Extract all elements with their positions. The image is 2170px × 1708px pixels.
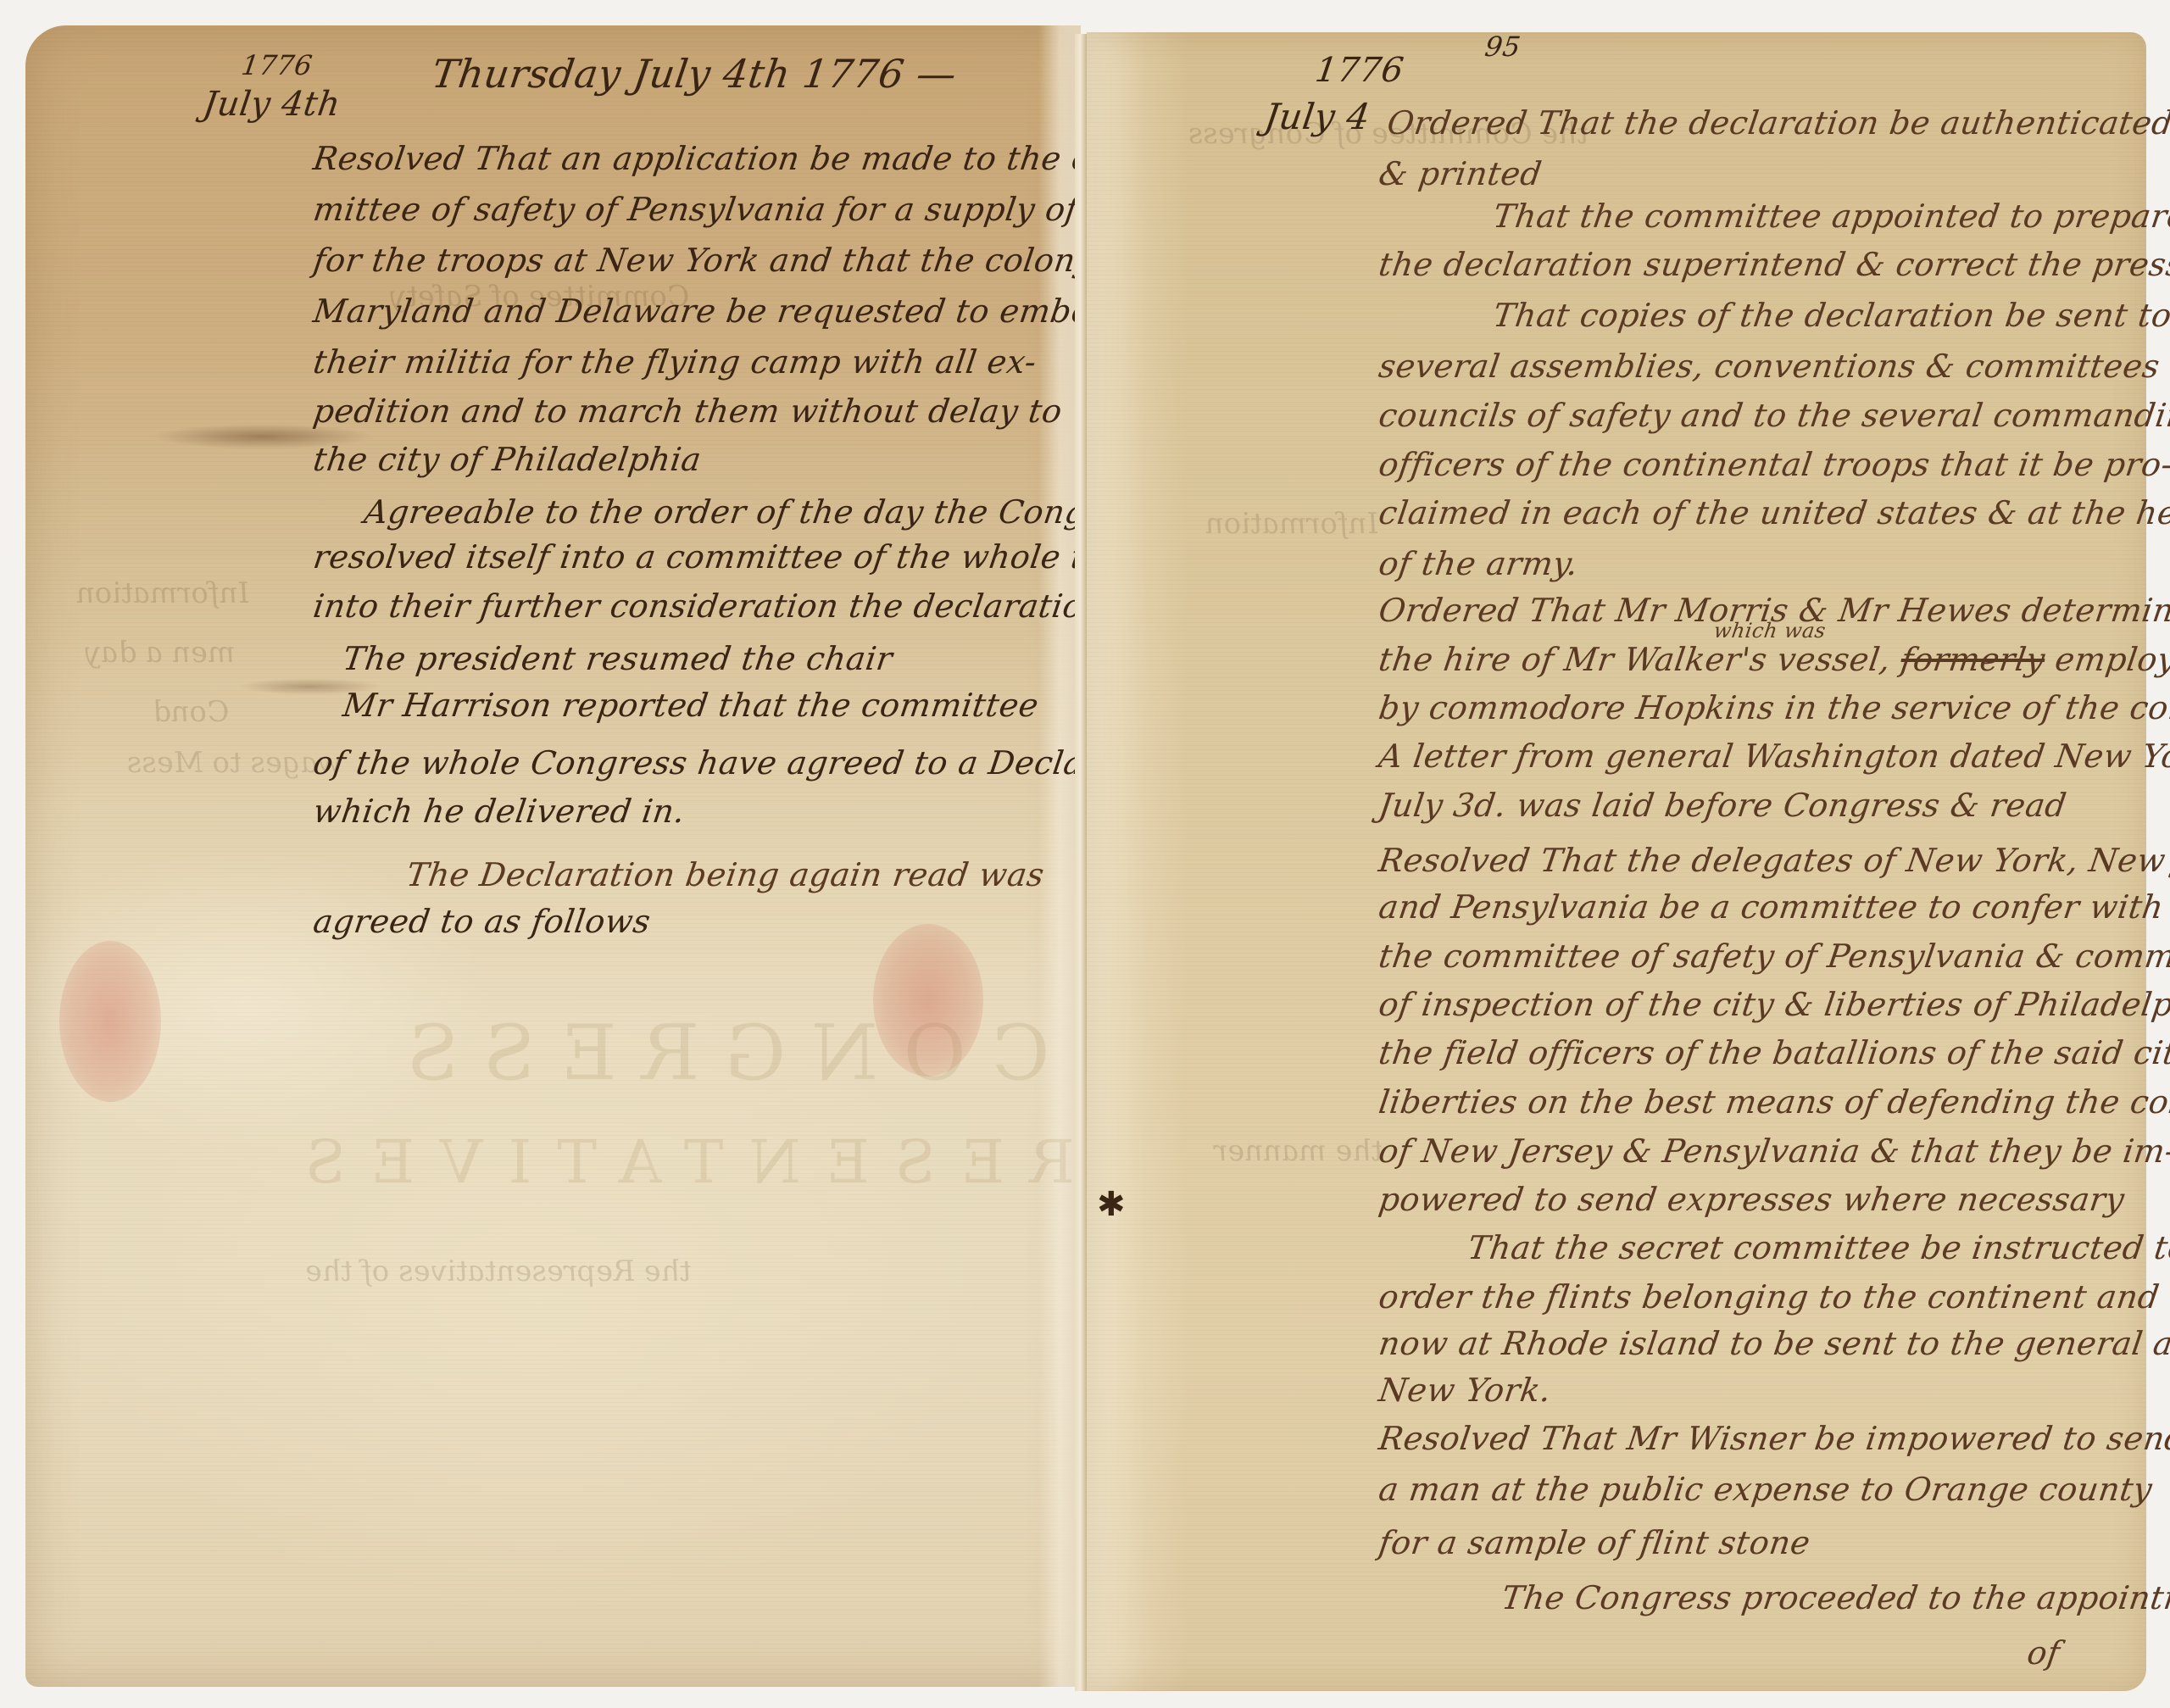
manuscript-line: pedition and to march them without delay…: [311, 392, 1065, 430]
manuscript-line: powered to send expresses where necessar…: [1377, 1181, 2127, 1218]
manuscript-line: the declaration superintend & correct th…: [1377, 246, 2170, 283]
manuscript-line: for the troops at New York and that the …: [311, 242, 1139, 279]
entry-heading: Thursday July 4th 1776 —: [429, 51, 960, 97]
manuscript-line: the hire of Mr Walker's vessel, formerly…: [1377, 641, 2170, 678]
manuscript-line: July 3d. was laid before Congress & read: [1377, 787, 2069, 824]
page-number: 95: [1483, 31, 1522, 63]
margin-year: 1776: [239, 49, 314, 81]
manuscript-line: Agreeable to the order of the day the Co…: [362, 493, 1158, 531]
manuscript-line: & printed: [1377, 155, 1544, 192]
manuscript-line: which he delivered in.: [311, 793, 687, 830]
bleed-through-text: men a day: [82, 636, 237, 670]
manuscript-spread: Committee of Safety Information men a da…: [0, 0, 2170, 1708]
manuscript-line: by commodore Hopkins in the service of t…: [1377, 689, 2170, 726]
manuscript-line: the city of Philadelphia: [311, 441, 704, 478]
manuscript-line: several assemblies, conventions & commit…: [1377, 348, 2170, 385]
manuscript-line: the field officers of the batallions of …: [1377, 1034, 2170, 1071]
manuscript-line: and Pensylvania be a committee to confer…: [1377, 888, 2166, 926]
manuscript-line: their militia for the flying camp with a…: [311, 343, 1039, 381]
manuscript-line: Mr Harrison reported that the committee: [341, 687, 1041, 724]
red-seal-stain: [59, 941, 161, 1102]
manuscript-line: of the army.: [1377, 545, 1581, 582]
manuscript-line: Resolved That the delegates of New York,…: [1377, 842, 2170, 879]
manuscript-line: liberties on the best means of defending…: [1377, 1083, 2170, 1121]
bleed-through-text: the Representatives of the: [303, 1255, 693, 1288]
manuscript-line: agreed to as follows: [311, 903, 653, 940]
manuscript-line: Maryland and Delaware be requested to em…: [311, 292, 1134, 330]
manuscript-line: That the committee appointed to prepare: [1491, 198, 2170, 235]
catchword: of: [2025, 1634, 2062, 1672]
manuscript-line: of inspection of the city & liberties of…: [1377, 986, 2170, 1023]
manuscript-line: councils of safety and to the several co…: [1377, 397, 2170, 434]
manuscript-line: The Congress proceeded to the appointmen…: [1500, 1579, 2170, 1616]
bleed-through-text: Cond: [150, 695, 231, 729]
manuscript-line: of the whole Congress have agreed to a D…: [311, 744, 1187, 782]
manuscript-line: claimed in each of the united states & a…: [1377, 494, 2170, 531]
manuscript-line: That the secret committee be instructed …: [1466, 1229, 2170, 1266]
manuscript-line: That copies of the declaration be sent t…: [1491, 297, 2170, 334]
struck-word: formerly: [1899, 641, 2048, 678]
manuscript-line: Ordered That the declaration be authenti…: [1385, 104, 2170, 142]
margin-date: July 4th: [201, 85, 343, 124]
margin-year: 1776: [1313, 51, 1406, 90]
bleed-through-text: Information: [1203, 507, 1381, 541]
manuscript-line: The president resumed the chair: [341, 640, 895, 677]
line-fragment: employed: [2042, 641, 2170, 678]
manuscript-line: now at Rhode island to be sent to the ge…: [1377, 1325, 2170, 1362]
manuscript-line: New York.: [1377, 1371, 1554, 1409]
manuscript-line: mittee of safety of Pensylvania for a su…: [311, 191, 1177, 228]
manuscript-line: Resolved That Mr Wisner be impowered to …: [1377, 1420, 2170, 1457]
manuscript-line: A letter from general Washington dated N…: [1377, 737, 2170, 775]
manuscript-line: officers of the continental troops that …: [1377, 446, 2170, 483]
manuscript-line: of New Jersey & Pensylvania & that they …: [1377, 1132, 2170, 1170]
bleed-through-text: the manner: [1211, 1134, 1385, 1168]
line-fragment: the hire of Mr Walker's vessel,: [1377, 641, 1904, 678]
manuscript-line: resolved itself into a committee of the …: [311, 538, 1190, 576]
manuscript-line: into their further consideration the dec…: [311, 587, 1106, 625]
manuscript-line: order the flints belonging to the contin…: [1377, 1278, 2162, 1316]
manuscript-line: a man at the public expense to Orange co…: [1377, 1471, 2155, 1508]
margin-asterisk-mark: ✱: [1097, 1185, 1126, 1224]
manuscript-line: The Declaration being again read was: [404, 856, 1047, 893]
manuscript-line: the committee of safety of Pensylvania &…: [1377, 937, 2170, 975]
left-page: Committee of Safety Information men a da…: [25, 25, 1081, 1687]
manuscript-line: for a sample of flint stone: [1377, 1524, 1813, 1561]
manuscript-line: Resolved That an application be made to …: [311, 140, 1155, 177]
margin-date: July 4: [1262, 96, 1373, 137]
bleed-through-text: Information: [74, 576, 252, 610]
right-page: the Committee of Congress Information th…: [1087, 32, 2146, 1691]
red-seal-stain: [873, 924, 983, 1077]
interlinear-insertion: which was: [1712, 619, 1828, 643]
